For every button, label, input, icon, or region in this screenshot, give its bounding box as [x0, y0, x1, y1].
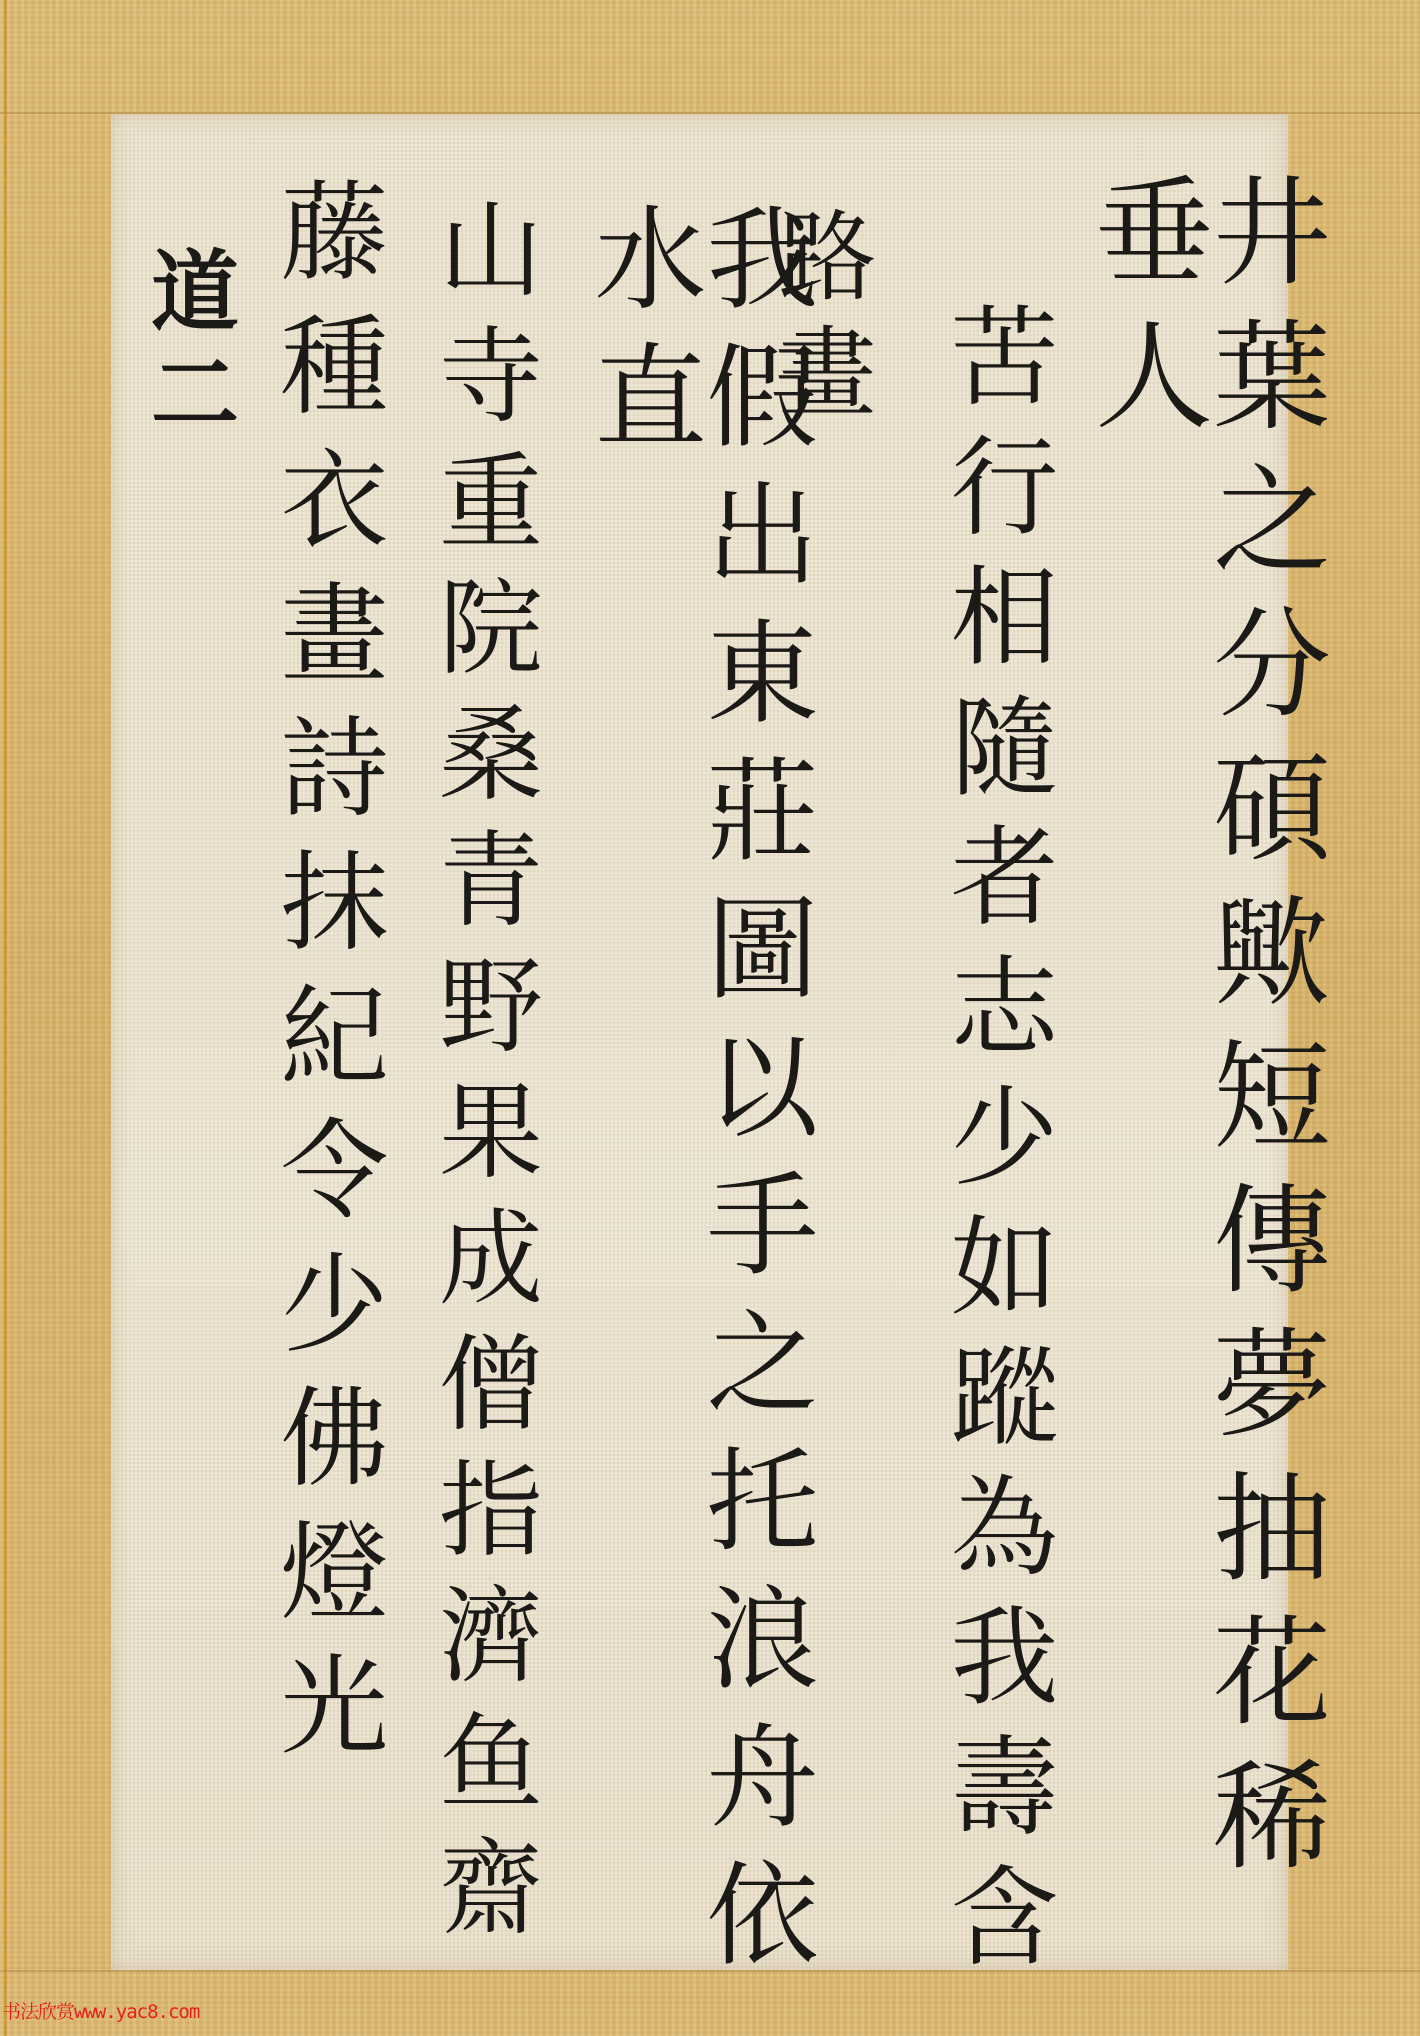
calligraphy-column-2: 苦行相隨者志少如蹤為我壽含	[940, 300, 1048, 1990]
calligraphy-column-5: 山寺重院桑青野果成僧指濟鱼齋	[430, 195, 534, 1959]
calligraphy-column-6: 藤種衣畫詩抹紀令少佛燈光	[270, 175, 378, 1783]
site-watermark: 书法欣赏www.yac8.com	[2, 1997, 199, 2024]
calligraphy-column-4: 我假出東莊圖以手之托浪舟依水直	[585, 200, 809, 2036]
mount-left-edge	[4, 0, 7, 2036]
artist-signature: 道二	[145, 245, 233, 449]
calligraphy-column-1: 井葉之分碩歟短傳夢抽花稀垂人	[1085, 170, 1321, 2036]
